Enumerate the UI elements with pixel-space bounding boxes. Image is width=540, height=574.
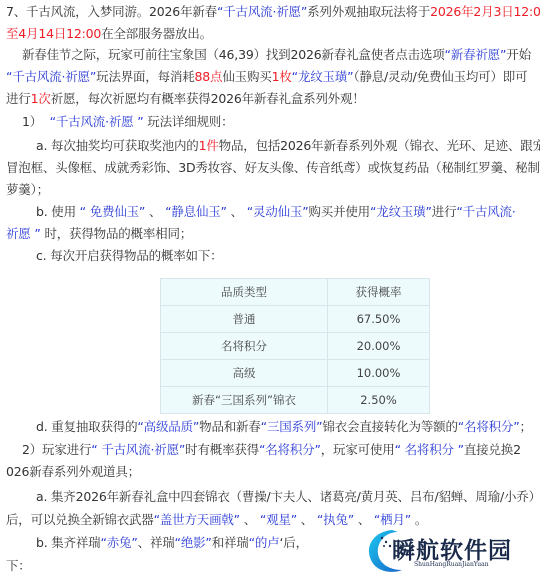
- header-probability: 获得概率: [328, 279, 430, 306]
- rules2-line2: 026新春系列外观道具；: [6, 461, 140, 483]
- rule-a-line2: 冒泡框、头像框、成就秀彩饰、3D秀妆容、好友头像、传音纸鸢）或恢复药品（秘制红罗…: [6, 157, 540, 179]
- table-row: 名将积分 20.00%: [161, 333, 430, 360]
- watermark-logo: 瞬航软件园 ShunHangRuanJianYuan: [362, 528, 512, 574]
- rules1-title: 1） “千古风流·祈愿 ” 玩法详细规则：: [22, 111, 233, 133]
- series-name: “千古风流·祈愿”: [217, 4, 307, 19]
- table-header-row: 品质类型 获得概率: [161, 279, 430, 306]
- intro-line2: “千古风流·祈愿”玩法界面，每消耗88点仙玉购买1枚“龙纹玉璜”（静息/灵动/免…: [6, 66, 527, 88]
- intro-line1: 新春佳节之际，玩家可前往宝象国（46,39）找到2026新春礼盒使者点击选项“新…: [22, 44, 531, 66]
- rules2-a-line1: a. 集齐2026年新春礼盒中四套锦衣（曹操/卞夫人、诸葛亮/黄月英、吕布/貂蝉…: [36, 486, 540, 508]
- rules2-last-line: 下：: [6, 555, 31, 574]
- rules2-b-line1: b. 集齐祥瑞“赤兔”、祥瑞“绝影”和祥瑞“的卢‘后，: [36, 532, 308, 554]
- probability-table: 品质类型 获得概率 普通 67.50% 名将积分 20.00% 高级 10.00…: [160, 278, 430, 414]
- rule-b-line1: b. 使用 “ 免费仙玉” 、 “静息仙玉” 、 “灵动仙玉”购买并使用“龙纹玉…: [36, 201, 516, 223]
- rule-c-line1: c. 每次开启获得物品的概率如下：: [36, 245, 222, 267]
- para7-line2: 至4月14日12:00在全部服务器放出。: [6, 23, 212, 45]
- cost-points: 88点: [195, 69, 223, 84]
- start-date: 2026年2月3日12:00: [430, 4, 540, 19]
- para7-line1: 7、千古风流，入梦同游。2026年新春“千古风流·祈愿”系列外观抽取玩法将于20…: [6, 1, 540, 23]
- intro-line3: 进行1次祈愿，每次祈愿均有概率获得2026年新春礼盒系列外观！: [6, 88, 365, 110]
- header-quality-type: 品质类型: [161, 279, 328, 306]
- watermark-subtitle: ShunHangRuanJianYuan: [414, 561, 489, 568]
- rule-b-line2: 祈愿 ” 时，获得物品的概率相同；: [6, 223, 192, 245]
- end-date: 至4月14日12:00: [6, 26, 101, 41]
- table-row: 普通 67.50%: [161, 306, 430, 333]
- rule-a-line1: a. 每次抽奖均可获取奖池内的1件物品，包括2026年新春系列外观（锦衣、光环、…: [36, 135, 540, 157]
- rule-d-line1: d. 重复抽取获得的“高级品质”物品和新春“三国系列”锦衣会直接转化为等额的“名…: [36, 416, 532, 438]
- table-row: 高级 10.00%: [161, 360, 430, 387]
- table-row: 新春“三国系列”锦衣 2.50%: [161, 387, 430, 414]
- rules2-line1: 2）玩家进行“ 千古风流·祈愿”时有概率获得“名将积分”，玩家可使用“ 名将积分…: [22, 439, 521, 461]
- rule-a-line3: 萝羹）；: [6, 179, 49, 201]
